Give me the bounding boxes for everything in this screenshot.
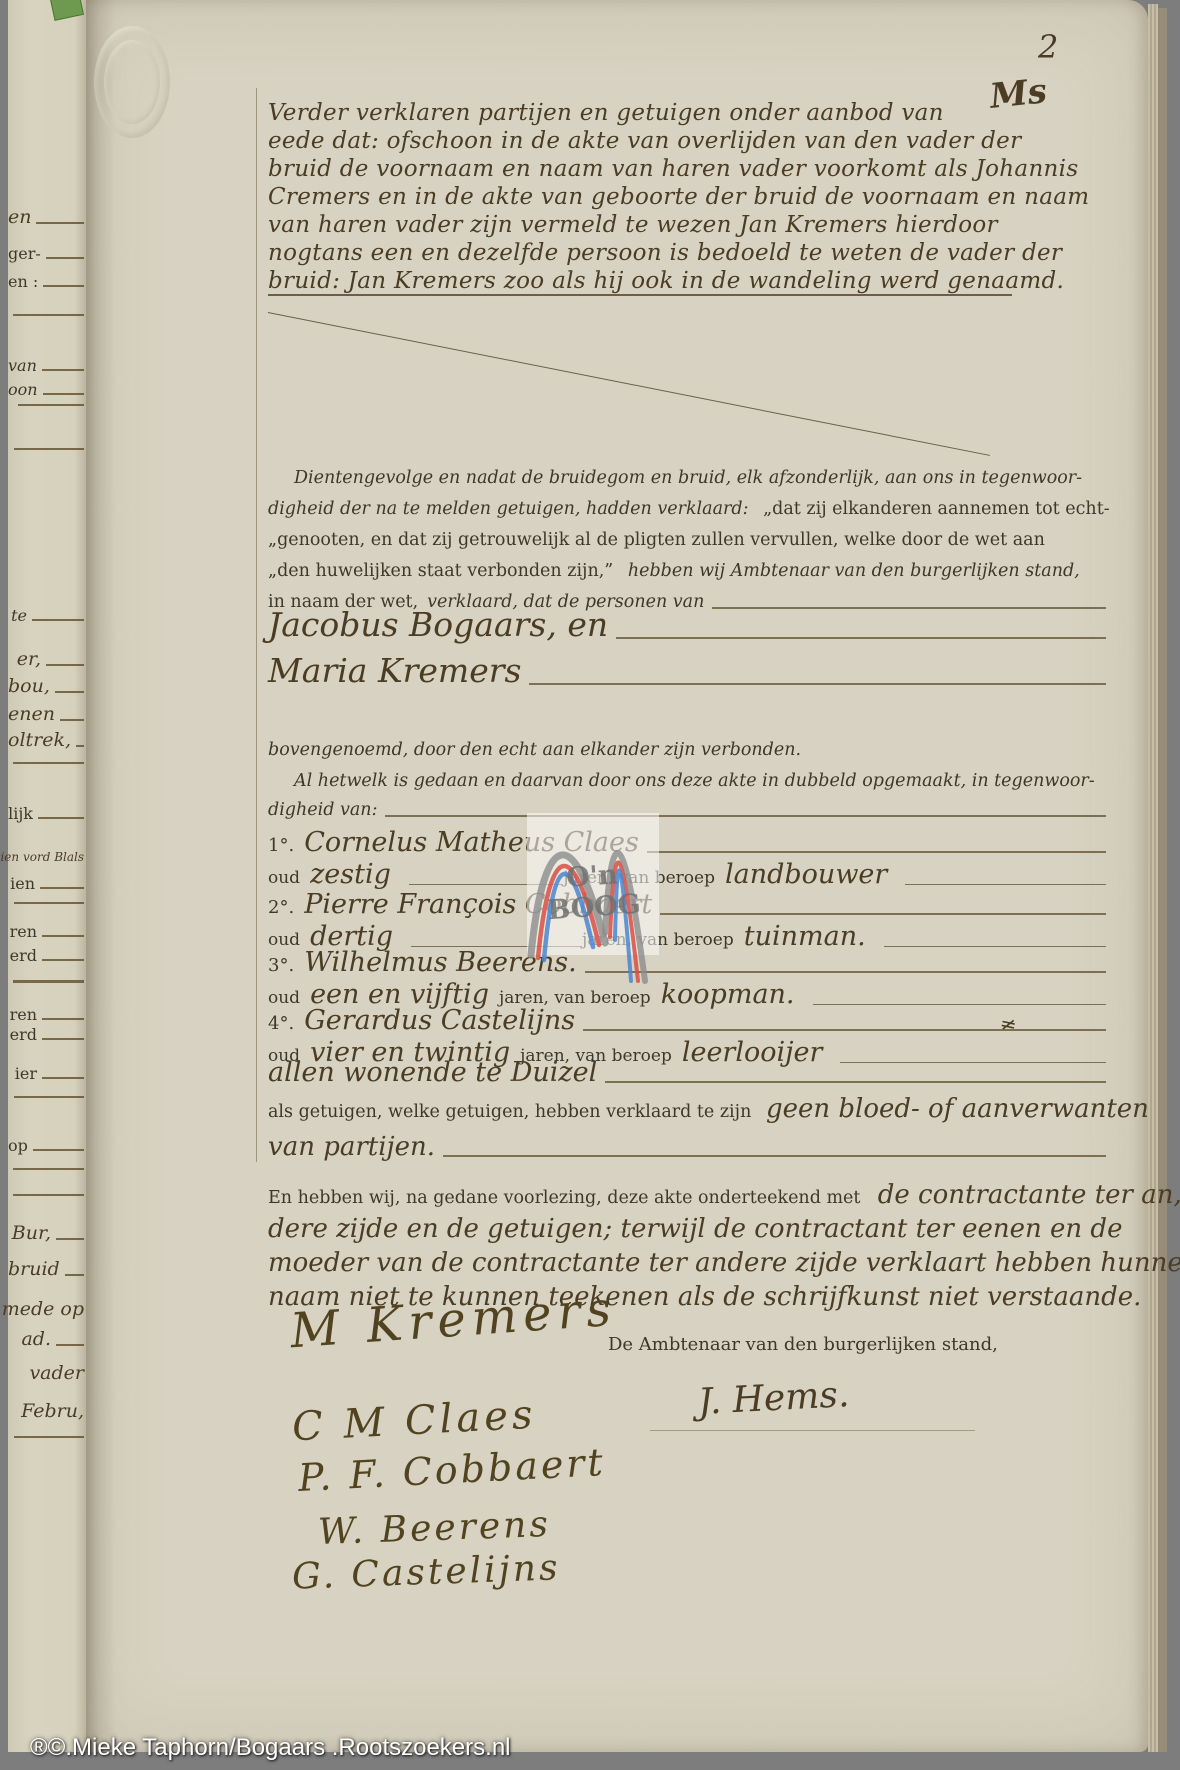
left-fragment: er, [8,648,84,670]
printed-line: Dientengevolge en nadat de bruidegom en … [268,468,1082,488]
intro-line: Cremers en in de akte van geboorte der b… [268,184,1089,210]
left-fragment: bruid [8,1258,84,1280]
closing-line: En hebben wij, na gedane voorlezing, dez… [268,1180,1180,1210]
paraph-initials: Ms [988,71,1049,117]
fill-rule [385,815,1106,817]
closing-line: dere zijde en de getuigen; terwijl de co… [268,1214,1122,1244]
left-fragment: ad. [8,1328,84,1350]
printed-line: digheid der na te melden getuigen, hadde… [268,499,1110,519]
embossed-seal-inner [104,40,160,124]
watermark-overlay: O'n BOOG [527,813,659,955]
fragment-text: erd [10,946,37,965]
left-fragment: ren [8,922,84,941]
fill-rule [529,683,1106,685]
left-fragment-rule [8,1096,84,1102]
left-fragment: bou, [8,675,84,697]
fragment-text: ad. [21,1328,51,1350]
fragment-text: erd [10,1025,37,1044]
fragment-text: en [8,206,31,228]
intro-line: nogtans een en dezelfde persoon is bedoe… [268,240,1062,266]
signature-rule [650,1430,975,1431]
horizontal-rule [268,294,1012,296]
official-title: De Ambtenaar van den burgerlijken stand, [608,1334,998,1355]
intro-line: eede dat: ofschoon in de akte van overli… [268,128,1021,154]
left-margin-line [256,88,257,1162]
fragment-rule [36,222,84,224]
left-fragment: ien [8,874,84,893]
closing-line: moeder van de contractante ter andere zi… [268,1248,1180,1278]
clause-line: als getuigen, welke getuigen, hebben ver… [268,1094,1149,1124]
fragment-rule [13,1194,84,1196]
handwritten-run: de contractante ter an, [878,1180,1180,1210]
groom-name-line: Jacobus Bogaars, en [268,598,1106,644]
fragment-text: mede op [2,1298,84,1320]
intro-line: Verder verklaren partijen en getuigen on… [268,100,944,126]
fragment-rule [65,1274,84,1276]
left-fragment: oltrek, [8,729,84,751]
left-fragment: vader [8,1362,84,1384]
left-fragment-rule [8,1168,84,1174]
fragment-rule [33,1149,84,1151]
fragment-rule [43,285,84,287]
printed-line: bovengenoemd, door den echt aan elkander… [268,740,801,760]
left-fragment: oon [8,380,84,399]
fragment-rule [56,1238,84,1240]
residence-line: allen wonende te Duizel [268,1048,1106,1088]
fragment-rule [32,619,84,621]
intro-line: bruid: Jan Kremers zoo als hij ook in de… [268,268,1064,294]
signature: W. Beerens [317,1504,551,1553]
fragment-rule [46,664,84,666]
fragment-text: cien vord Blals [0,850,84,864]
fragment-text: vader [29,1362,84,1384]
fragment-text: op [8,1136,28,1155]
left-fragment: op [8,1136,84,1155]
fragment-rule [18,404,84,406]
left-fragment: erd [8,946,84,965]
fragment-text: oltrek, [8,729,71,751]
fragment-rule [42,1077,84,1079]
residence-text: allen wonende te Duizel [268,1057,597,1088]
fragment-rule [42,1038,84,1040]
fragment-text: en : [8,272,38,291]
fragment-rule [42,369,84,371]
fragment-text: Bur, [12,1222,51,1244]
book-gutter-shadow [86,0,116,1752]
left-fragment: ger- [8,244,84,263]
left-fragment: lijk [8,804,84,823]
left-fragment: enen [8,703,84,725]
fill-rule [616,637,1106,639]
fragment-rule [56,1344,84,1346]
left-fragment: ren [8,1005,84,1024]
printed-line-with-rule: digheid van: [268,790,1106,822]
printed-line: Al hetwelk is gedaan en daarvan door ons… [268,771,1095,791]
left-fragment: Febru, [8,1400,84,1422]
fragment-rule [40,887,84,889]
page-block-edge-dark [1158,8,1167,1752]
left-fragment: en : [8,272,84,291]
fragment-rule [60,719,84,721]
fragment-rule [42,1018,84,1020]
fragment-text: ren [10,922,37,941]
fragment-text: ier [15,1064,37,1083]
fragment-text: ger- [8,244,41,263]
printed-line: „genooten, en dat zij getrouwelijk al de… [268,530,1045,550]
page-block-edge [1148,4,1158,1752]
fragment-text: oon [8,380,38,399]
fragment-rule [46,257,84,259]
printed-run: „dat zij elkanderen aannemen tot echt- [763,499,1110,519]
printed-run: digheid van: [268,800,377,820]
left-fragment: erd [8,1025,84,1044]
fragment-rule [14,448,84,450]
intro-line: bruid de voornaam en naam van haren vade… [268,156,1078,182]
left-fragment-rule [8,448,84,454]
fragment-text: van [8,356,37,375]
fill-rule [605,1081,1106,1083]
left-fragment: ier [8,1064,84,1083]
fragment-rule [38,817,84,819]
left-fragment-rule [8,1436,84,1442]
scanned-marriage-record: 2 Ms Verder verklaren partijen en getuig… [0,0,1180,1770]
fragment-rule [14,1096,84,1098]
copyright-watermark: ®©.Mieke Taphorn/Bogaars .Rootszoekers.n… [30,1734,511,1762]
fragment-rule [42,959,84,961]
fragment-rule [14,902,84,904]
intro-line: van haren vader zijn vermeld te wezen Ja… [268,212,998,238]
fragment-rule [13,980,84,983]
printed-run: als getuigen, welke getuigen, hebben ver… [268,1102,751,1122]
fragment-rule [42,935,84,937]
fragment-rule [55,691,84,693]
official-signature: J. Hems. [697,1374,850,1423]
fragment-text: er, [17,648,41,670]
fragment-text: te [11,606,27,625]
left-fragment: cien vord Blals [8,850,84,864]
fragment-text: bruid [8,1258,60,1280]
fragment-rule [76,745,84,747]
fragment-text: ien [10,874,35,893]
left-fragment: te [8,606,84,625]
fragment-rule [13,1168,84,1170]
fill-rule [443,1155,1106,1157]
left-fragment-rule [8,762,84,768]
fragment-rule [43,393,84,395]
handwritten-run: van partijen. [268,1132,435,1162]
left-fragment: van [8,356,84,375]
fragment-text: ren [10,1005,37,1024]
left-fragment: en [8,206,84,228]
fragment-text: bou, [8,675,50,697]
bride-name-line: Maria Kremers [268,644,1106,690]
groom-name: Jacobus Bogaars, en [268,605,608,644]
page-number: 2 [1038,28,1058,66]
handwritten-run: geen bloed- of aanverwanten [766,1094,1149,1124]
fragment-text: lijk [8,804,33,823]
left-fragment-rule [8,902,84,908]
bride-name: Maria Kremers [268,651,521,690]
printed-run: En hebben wij, na gedane voorlezing, dez… [268,1188,860,1208]
fragment-text: enen [8,703,55,725]
fragment-rule [13,314,84,316]
left-fragment-rule [8,314,84,320]
fragment-rule [14,1436,84,1438]
left-fragment-rule [8,980,84,987]
left-fragment: Bur, [8,1222,84,1244]
watermark-text: O'n BOOG [521,856,665,928]
left-fragment: mede op [8,1298,84,1320]
printed-run: digheid der na te melden getuigen, hadde… [268,499,749,519]
fragment-text: Febru, [21,1400,84,1422]
left-fragment-rule [8,1194,84,1200]
clause-line-2: van partijen. [268,1122,1106,1162]
fragment-rule [13,762,84,764]
left-fragment-rule [8,404,84,410]
